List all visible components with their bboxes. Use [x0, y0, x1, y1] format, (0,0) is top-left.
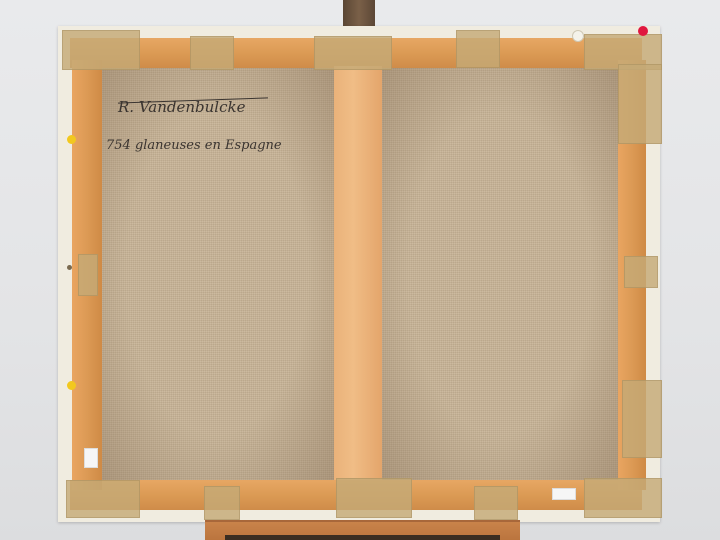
- tape-left-stamp: [78, 254, 98, 296]
- red-pin-icon: [638, 26, 648, 36]
- tape-top-2: [456, 30, 500, 68]
- white-pin-icon: [572, 30, 584, 42]
- tape-right-lower: [622, 380, 662, 458]
- tape-top-center: [314, 36, 392, 70]
- tape-bottom-1: [204, 486, 240, 520]
- tape-right-mid: [624, 256, 658, 288]
- tape-right-upper: [618, 64, 662, 144]
- tape-top-1: [190, 36, 234, 70]
- tape-bottom-center: [336, 478, 412, 518]
- stretcher-crossbar: [334, 66, 382, 480]
- easel-base: [225, 535, 500, 540]
- canvas-linen-right: [382, 68, 618, 480]
- small-label-left: [84, 448, 98, 468]
- painting-title-inscription: 754 glaneuses en Espagne: [106, 138, 282, 153]
- yellow-pin-icon: [67, 135, 76, 144]
- small-label-bottom: [552, 488, 576, 500]
- tape-top-left: [62, 30, 140, 70]
- tack-icon: [67, 265, 72, 270]
- canvas-linen-left: [100, 68, 334, 480]
- tape-bottom-2: [474, 486, 518, 520]
- tape-bottom-right: [584, 478, 662, 518]
- yellow-pin-icon: [67, 381, 76, 390]
- tape-bottom-left: [66, 480, 140, 518]
